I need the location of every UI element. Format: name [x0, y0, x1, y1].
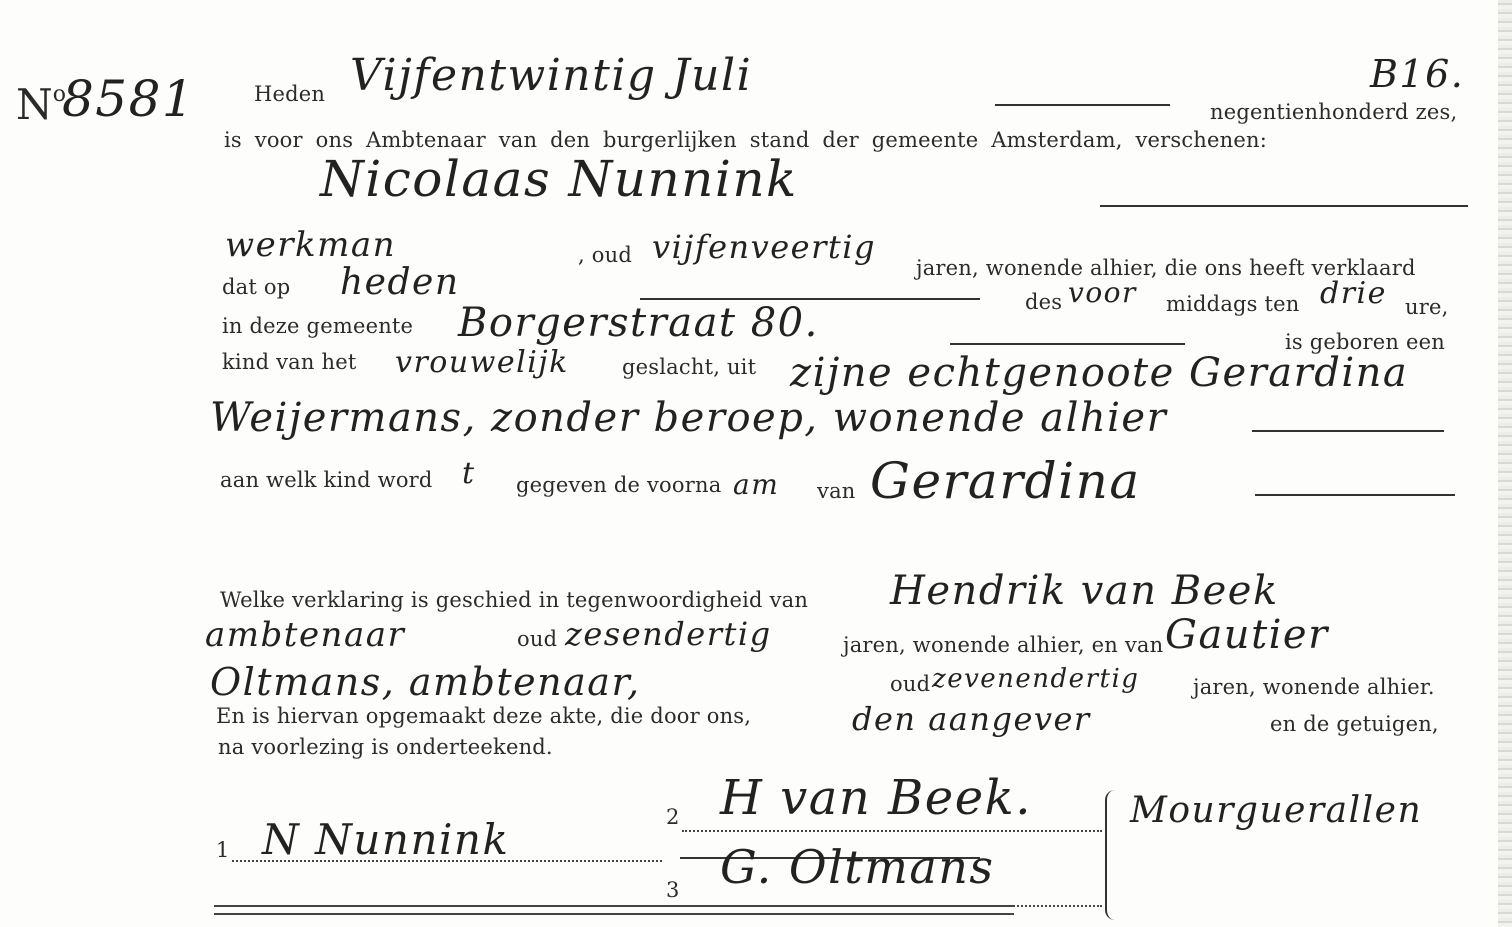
hand-t: t: [462, 456, 476, 491]
signature-index-3: 3: [666, 878, 680, 902]
printed-heden: Heden: [254, 82, 325, 106]
fill-rule: [1255, 494, 1455, 496]
signature-line-2: [682, 830, 1102, 832]
hand-age: vijfenveertig: [652, 228, 876, 266]
fill-rule: [1100, 205, 1468, 207]
printed-gegeven: gegeven de voorna: [516, 473, 721, 497]
page-reference: B16.: [1370, 52, 1464, 96]
printed-voorlezing: na voorlezing is onderteekend.: [218, 735, 553, 759]
signature-3: G. Oltmans: [720, 840, 995, 894]
printed-getuigen: en de getuigen,: [1270, 712, 1439, 736]
hand-address: Borgerstraat 80.: [458, 300, 819, 346]
printed-oud: , oud: [578, 243, 632, 267]
official-signature: Mourguerallen: [1130, 790, 1422, 831]
page-edge: [1498, 0, 1512, 927]
hand-declarant-name: Nicolaas Nunnink: [320, 150, 798, 208]
hand-witness2-last: Oltmans, ambtenaar,: [210, 660, 641, 704]
printed-welke: Welke verklaring is geschied in tegenwoo…: [220, 588, 808, 612]
record-number: No: [16, 80, 66, 129]
hand-hour: drie: [1320, 276, 1387, 311]
printed-en-is: En is hiervan opgemaakt deze akte, die d…: [216, 704, 751, 728]
birth-certificate-page: No 8581 B16. Heden Vijfentwintig Juli ne…: [0, 0, 1512, 927]
printed-line12-rest: jaren, wonende alhier.: [1193, 675, 1435, 699]
hand-mother-first: zijne echtgenoote Gerardina: [790, 350, 1408, 396]
fill-rule: [995, 104, 1170, 106]
printed-datop: dat op: [222, 275, 290, 299]
printed-aanwelk: aan welk kind word: [220, 468, 433, 492]
printed-van: van: [817, 479, 856, 503]
signature-brace: [1105, 790, 1121, 920]
hand-given-name: Gerardina: [870, 452, 1141, 510]
printed-gemeente: in deze gemeente: [222, 314, 413, 338]
hand-witness2-first: Gautier: [1165, 612, 1329, 658]
hand-aangever: den aangever: [852, 700, 1091, 738]
hand-witness1-occ: ambtenaar: [205, 615, 405, 655]
fill-rule: [950, 343, 1185, 345]
record-number-value: 8581: [62, 70, 195, 128]
signature-index-1: 1: [216, 838, 230, 862]
printed-line11-rest: jaren, wonende alhier, en van: [843, 633, 1163, 657]
printed-oud1: oud: [517, 627, 557, 651]
hand-mother-last: Weijermans, zonder beroep, wonende alhie…: [210, 395, 1167, 441]
printed-middags: middags ten: [1166, 292, 1300, 316]
hand-date: Vijfentwintig Juli: [350, 50, 752, 101]
printed-year: negentienhonderd zes,: [1210, 100, 1457, 124]
signature-1: N Nunnink: [262, 815, 509, 864]
hand-voor: voor: [1068, 276, 1137, 309]
hand-am: am: [733, 468, 779, 501]
hand-day: heden: [340, 262, 460, 303]
signature-index-2: 2: [666, 805, 680, 829]
hand-sex: vrouwelijk: [395, 345, 569, 380]
printed-kindvanhet: kind van het: [222, 350, 356, 374]
hand-witness1: Hendrik van Beek: [890, 568, 1279, 614]
hand-occupation: werkman: [225, 225, 396, 265]
hand-witness2-age: zevenendertig: [932, 664, 1139, 694]
bottom-double-rule: [214, 905, 1014, 915]
fill-rule: [1252, 430, 1444, 432]
signature-2: H van Beek.: [720, 770, 1032, 826]
hand-witness1-age: zesendertig: [565, 615, 772, 653]
printed-des: des: [1025, 290, 1062, 314]
printed-oud2: oud: [890, 672, 930, 696]
printed-ure: ure,: [1405, 295, 1448, 319]
printed-line2: is voor ons Ambtenaar van den burgerlijk…: [224, 128, 1267, 152]
printed-geslacht: geslacht, uit: [622, 355, 756, 379]
number-label: N: [16, 80, 53, 129]
